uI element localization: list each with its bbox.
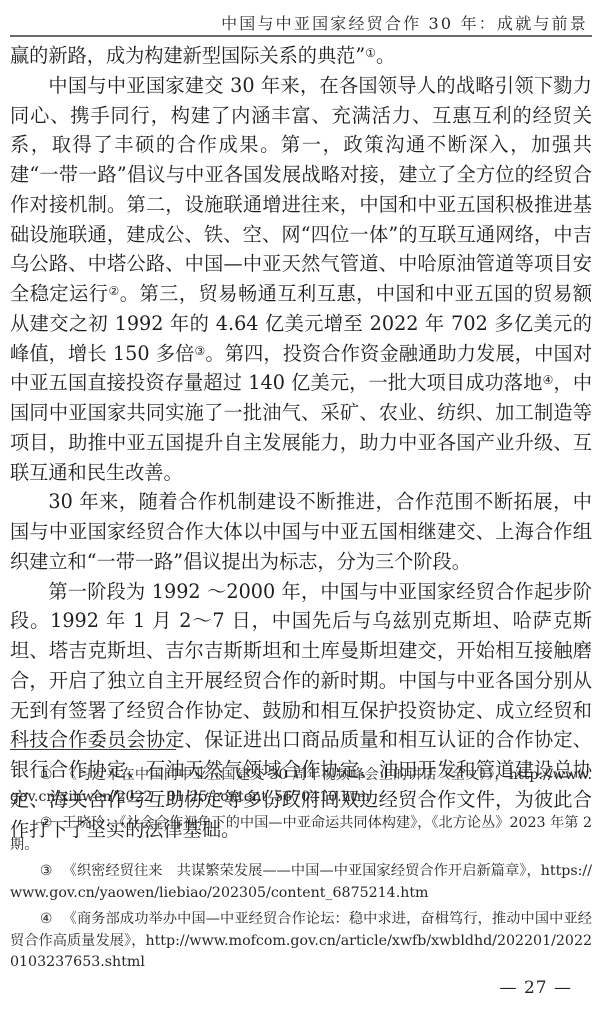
footnote-3: ③《织密经贸往来 共谋繁荣发展——中国—中亚国家经贸合作开启新篇章》，https… xyxy=(10,861,592,904)
footnotes: ①《习近平在中国同中亚五国建交 30 周年视频峰会上的讲话（全文）》，http:… xyxy=(10,765,592,979)
footnote-text: 王晓玲：《社会合作视角下的中国—中亚命运共同体构建》，《北方论丛》2023 年第… xyxy=(10,815,592,853)
footnote-mark: ③ xyxy=(40,863,53,879)
footnote-ref-2[interactable]: ② xyxy=(109,284,120,298)
footnote-1: ①《习近平在中国同中亚五国建交 30 周年视频峰会上的讲话（全文）》，http:… xyxy=(10,765,592,808)
footnote-ref-1[interactable]: ① xyxy=(365,46,376,60)
footnote-4: ④《商务部成功举办中国—中亚经贸合作论坛：稳中求进，奋楫笃行，推动中国中亚经贸合… xyxy=(10,909,592,974)
footnote-text: 《商务部成功举办中国—中亚经贸合作论坛：稳中求进，奋楫笃行，推动中国中亚经贸合作… xyxy=(10,911,592,970)
footnote-separator xyxy=(10,749,176,750)
running-header-title: 中国与中亚国家经贸合作 30 年：成就与前景 xyxy=(221,11,588,34)
paragraph-text: 赢的新路，成为构建新型国际关系的典范” xyxy=(10,44,365,67)
footnote-text: 《习近平在中国同中亚五国建交 30 周年视频峰会上的讲话（全文）》，http:/… xyxy=(10,767,592,805)
paragraph-text: 。 xyxy=(376,44,395,67)
footnote-ref-4[interactable]: ④ xyxy=(543,373,554,387)
header-rule xyxy=(10,35,592,37)
paragraph-text: 中国与中亚国家建交 30 年来，在各国领导人的战略引领下勠力同心、携手同行，构建… xyxy=(10,74,592,305)
paragraph-3: 30 年来，随着合作机制建设不断推进，合作范围不断拓展，中国与中亚国家经贸合作大… xyxy=(10,487,592,576)
page-number: — 27 — xyxy=(500,978,572,998)
footnote-mark: ① xyxy=(40,767,53,783)
paragraph-1: 赢的新路，成为构建新型国际关系的典范”①。 xyxy=(10,41,592,71)
footnote-mark: ② xyxy=(40,815,53,831)
footnote-mark: ④ xyxy=(40,911,53,927)
footnote-text: 《织密经贸往来 共谋繁荣发展——中国—中亚国家经贸合作开启新篇章》，https:… xyxy=(10,863,592,901)
footnote-ref-3[interactable]: ③ xyxy=(194,344,205,358)
paragraph-2: 中国与中亚国家建交 30 年来，在各国领导人的战略引领下勠力同心、携手同行，构建… xyxy=(10,71,592,488)
body-text: 赢的新路，成为构建新型国际关系的典范”①。 中国与中亚国家建交 30 年来，在各… xyxy=(10,41,592,844)
footnote-2: ②王晓玲：《社会合作视角下的中国—中亚命运共同体构建》，《北方论丛》2023 年… xyxy=(10,813,592,856)
paragraph-text: 30 年来，随着合作机制建设不断推进，合作范围不断拓展，中国与中亚国家经贸合作大… xyxy=(10,490,592,573)
